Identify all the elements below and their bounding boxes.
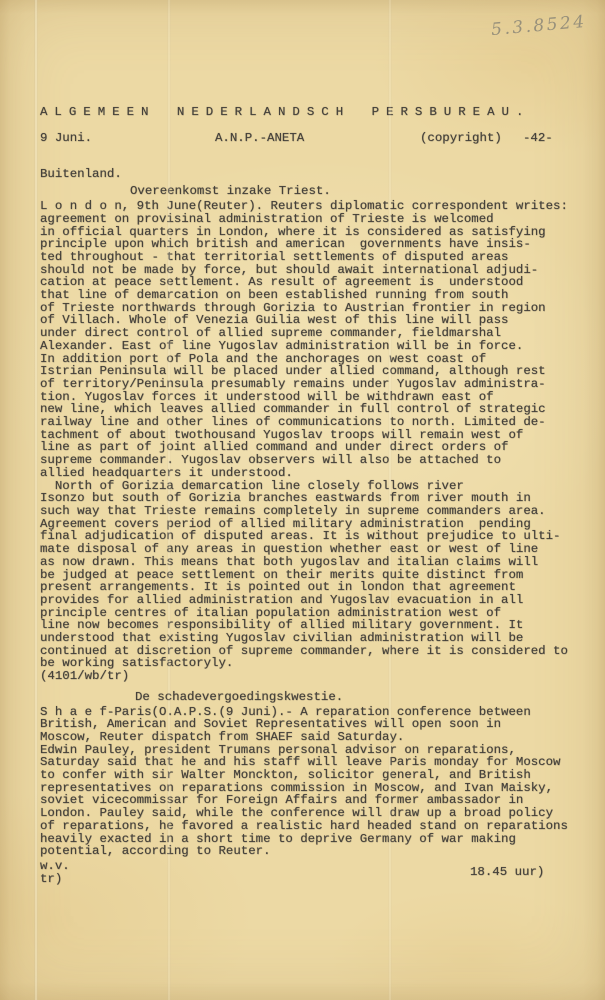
article-title: Overeenkomst inzake Triest. <box>40 185 575 198</box>
copyright-label: (copyright) <box>420 132 502 145</box>
article-triest-agreement: Overeenkomst inzake Triest. L o n d o n,… <box>40 185 575 682</box>
article-title: De schadevergoedingskwestie. <box>40 691 575 704</box>
archive-number-handwritten: 5.3.8524 <box>491 12 588 40</box>
article-body: S h a e f-Paris(O.A.P.S.(9 Juni).- A rep… <box>40 706 575 858</box>
issue-meta-row: 9 Juni. A.N.P.-ANETA (copyright) -42- <box>40 132 575 145</box>
paper-crease <box>34 0 38 1000</box>
service-name: A.N.P.-ANETA <box>215 132 304 145</box>
issue-date: 9 Juni. <box>40 132 92 145</box>
issue-time: 18.45 uur) <box>470 866 544 879</box>
masthead: ALGEMEEN NEDERLANDSCH PERSBUREAU. 9 Juni… <box>40 106 575 180</box>
bulletin-number: -42- <box>523 132 553 145</box>
article-reparations: De schadevergoedingskwestie. S h a e f-P… <box>40 691 575 858</box>
sign-off-block: w.v. tr) 18.45 uur) <box>40 860 575 885</box>
section-label: Buitenland. <box>40 168 575 181</box>
telegram-page: 5.3.8524 ALGEMEEN NEDERLANDSCH PERSBUREA… <box>0 0 605 1000</box>
agency-name: ALGEMEEN NEDERLANDSCH PERSBUREAU. <box>40 106 575 119</box>
article-body: L o n d o n, 9th June(Reuter). Reuters d… <box>40 200 575 683</box>
